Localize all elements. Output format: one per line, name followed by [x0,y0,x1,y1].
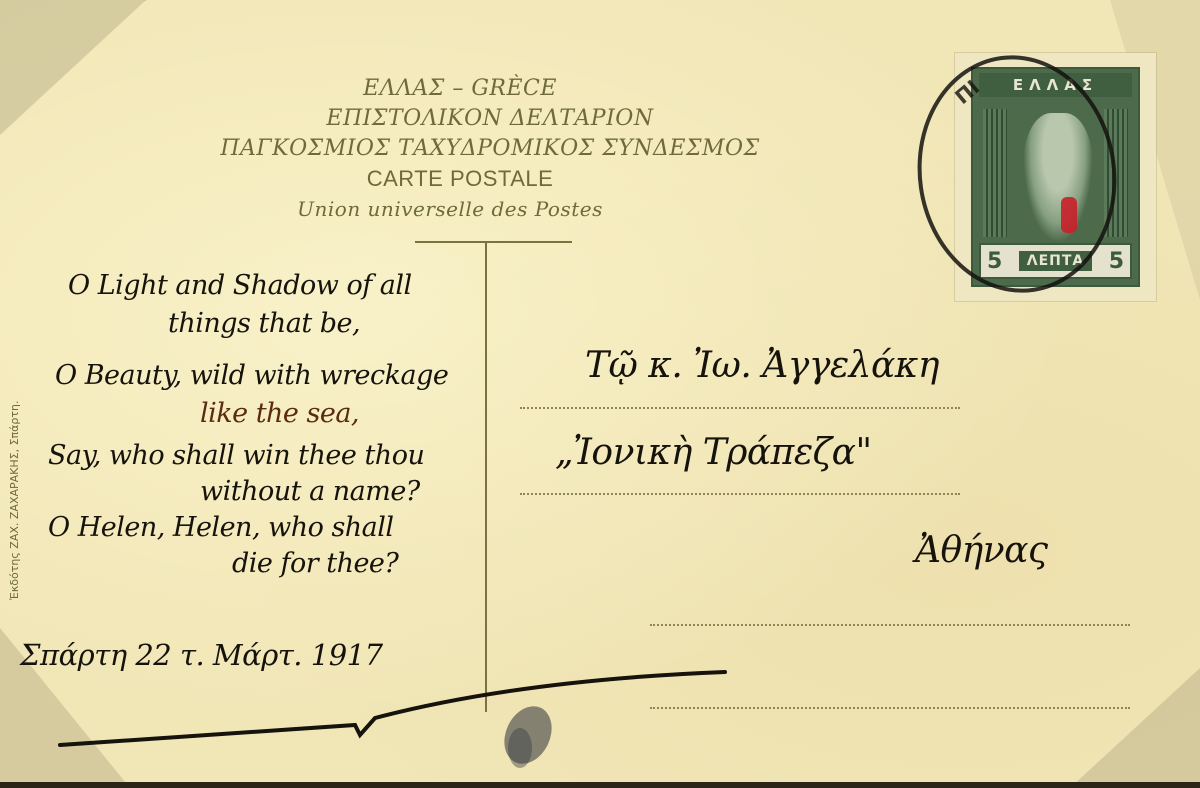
address-guide-line [650,707,1130,709]
photo-corner-top-left [0,0,146,135]
header-line-1: ΕΛΛΑΣ – GRÈCE [110,74,810,104]
photo-corner-bottom-right [1070,668,1200,788]
address-line-1: Τῷ κ. Ἰω. Ἀγγελάκη [585,345,939,386]
address-guide-line [520,493,960,495]
message-line: O Light and Shadow of all [68,270,412,301]
message-line: like the sea, [200,398,359,429]
header-rule [415,241,572,243]
message-line: without a name? [200,476,420,507]
place-date: Σπάρτη 22 τ. Μάρτ. 1917 [20,638,383,672]
message-line: things that be, [168,308,360,339]
address-line-3: Ἀθήνας [915,530,1048,571]
message-line: Say, who shall win thee thou [48,440,424,471]
message-line: die for thee? [232,548,398,579]
center-divider [485,242,487,712]
printed-header-text: ΕΛΛΑΣ – GRÈCE ΕΠΙΣΤΟΛΙΚΟΝ ΔΕΛΤΑΡΙΟΝ ΠΑΓΚ… [170,74,810,224]
header-line-3: ΠΑΓΚΟΣΜΙΟΣ ΤΑΧΥΔΡΟΜΙΚΟΣ ΣΥΝΔΕΣΜΟΣ [170,134,810,164]
address-guide-line [650,624,1130,626]
publisher-imprint: Ἐκδότης ΖΑΧ. ΖΑΧΑΡΑΚΗΣ, Σπάρτη. [8,310,21,600]
postcard: ΕΛΛΑΣ – GRÈCE ΕΠΙΣΤΟΛΙΚΟΝ ΔΕΛΤΑΡΙΟΝ ΠΑΓΚ… [0,0,1200,788]
message-line: O Beauty, wild with wreckage [55,360,448,391]
header-line-2: ΕΠΙΣΤΟΛΙΚΟΝ ΔΕΛΤΑΡΙΟΝ [170,104,810,134]
header-line-5: Union universelle des Postes [90,194,810,224]
address-line-2: „Ἰονικὴ Τράπεζα" [555,432,872,473]
header-line-4: CARTE POSTALE [110,164,810,194]
address-guide-line [520,407,960,409]
message-line: O Helen, Helen, who shall [48,512,394,543]
stamp-value-right: 5 [1109,249,1124,274]
